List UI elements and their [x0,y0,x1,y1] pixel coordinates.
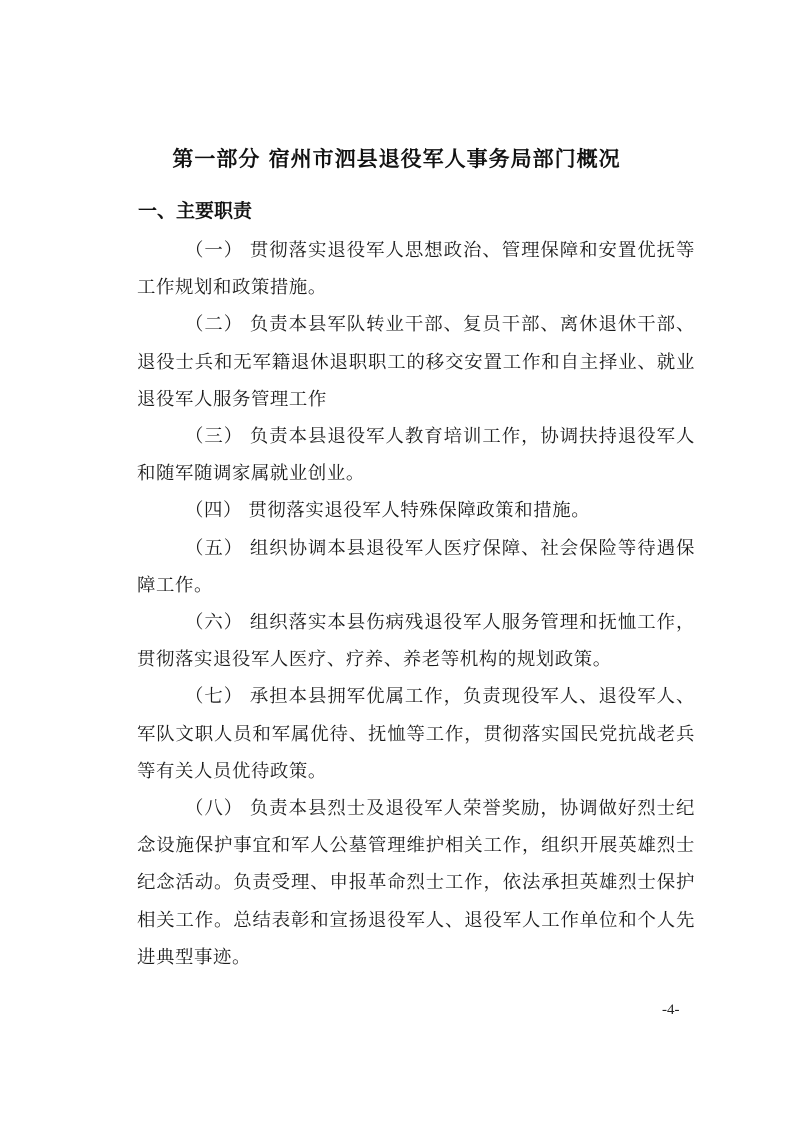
document-page: 第一部分 宿州市泗县退役军人事务局部门概况 一、主要职责 （一） 贯彻落实退役军… [0,0,793,1122]
paragraph-3: （三） 负责本县退役军人教育培训工作，协调扶持退役军人和随军随调家属就业创业。 [137,418,695,492]
paragraph-7: （七） 承担本县拥军优属工作，负责现役军人、退役军人、军队文职人员和军属优待、抚… [137,678,695,790]
paragraph-1: （一） 贯彻落实退役军人思想政治、管理保障和安置优抚等工作规划和政策措施。 [137,232,695,306]
paragraph-8: （八） 负责本县烈士及退役军人荣誉奖励，协调做好烈士纪念设施保护事宜和军人公墓管… [137,790,695,976]
section-heading: 一、主要职责 [138,196,252,223]
paragraph-5: （五） 组织协调本县退役军人医疗保障、社会保险等待遇保障工作。 [137,530,695,604]
paragraph-2: （二） 负责本县军队转业干部、复员干部、离休退休干部、退役士兵和无军籍退休退职职… [137,306,695,418]
page-title: 第一部分 宿州市泗县退役军人事务局部门概况 [0,143,793,173]
body-text: （一） 贯彻落实退役军人思想政治、管理保障和安置优抚等工作规划和政策措施。 （二… [137,232,695,976]
paragraph-4: （四） 贯彻落实退役军人特殊保障政策和措施。 [137,492,695,529]
page-number: -4- [662,1002,680,1019]
paragraph-6: （六） 组织落实本县伤病残退役军人服务管理和抚恤工作，贯彻落实退役军人医疗、疗养… [137,604,695,678]
